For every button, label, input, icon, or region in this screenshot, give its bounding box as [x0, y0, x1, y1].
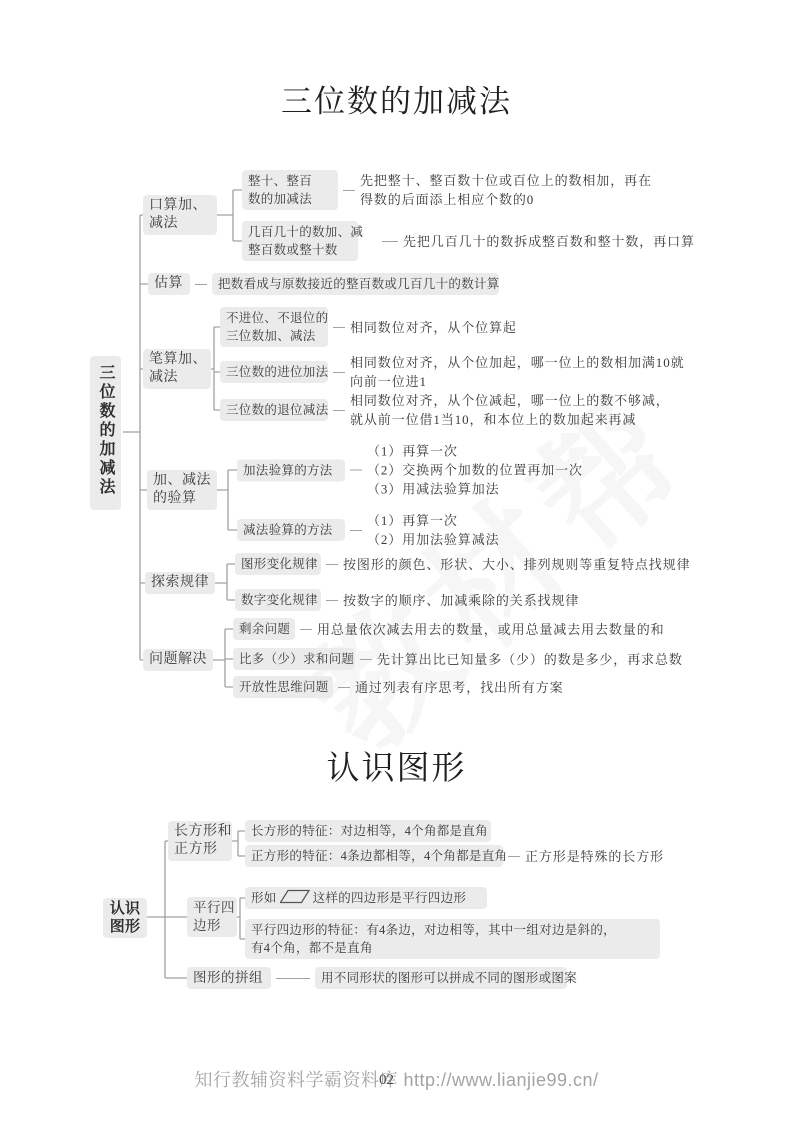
map1-branch-checking: 加、减法 的验算 [147, 470, 217, 510]
desc-line: 按图形的颜色、形状、大小、排列规则等重复特点找规律 [343, 555, 691, 574]
map2-branch-shape-assembly: 图形的拼组 用不同形状的图形可以拼成不同的图形或图案 [187, 967, 567, 989]
map1-child-more-less-problem: 比多（少）求和问题 先计算出比已知量多（少）的数是多少，再求总数 [233, 648, 683, 670]
map2-branch-parallelogram: 平行四 边形 [187, 897, 237, 937]
desc-line: 相同数位对齐，从个位加起，哪一位上的数相加满10就 [350, 353, 685, 372]
connector-dash [350, 530, 362, 531]
map1-branch-written-calc: 笔算加、 减法 [143, 349, 211, 389]
child-node: 三位数的退位减法 [220, 399, 328, 421]
desc-line: 先把整十、整百数十位或百位上的数相加，再在 [360, 171, 652, 190]
child-node: 剩余问题 [233, 618, 295, 640]
map1-child-check-subtraction: 减法验算的方法 （1）再算一次 （2）用加法验算减法 [237, 511, 500, 549]
branch-label-line: 长方形和 [174, 823, 226, 841]
root-label-line: 图形 [109, 918, 141, 936]
branch-label-line: 笔算加、 [149, 351, 205, 369]
map2-root-node: 认识 图形 [103, 898, 147, 938]
desc-line: 就从前一位借1当10，和本位上的数加起来再减 [350, 410, 670, 429]
branch-label-line: 边形 [193, 917, 231, 935]
connector-dash [338, 687, 350, 688]
branch-label-line: 减法 [149, 369, 205, 387]
desc-line: 先把几百几十的数拆成整百数和整十数，再口算 [403, 232, 695, 251]
desc-line: 正方形是特殊的长方形 [525, 847, 664, 866]
branch-label: 图形的拼组 [187, 967, 271, 989]
child-node-line: 有4个角，都不是直角 [251, 939, 654, 957]
connector-dash [333, 327, 345, 328]
page-title-map2: 认识图形 [0, 742, 793, 789]
branch-label-line: 平行四 [193, 899, 231, 917]
map1-child-number-pattern: 数字变化规律 按数字的顺序、加减乘除的关系找规律 [235, 589, 579, 611]
branch-label: 估算 [148, 273, 190, 295]
root-label-line: 认识 [109, 900, 141, 918]
connector-dash [326, 564, 338, 565]
connector-dash [300, 629, 312, 630]
desc-line: （1）再算一次 [367, 511, 500, 530]
connector-dash [333, 372, 345, 373]
child-node: 比多（少）求和问题 [233, 648, 355, 670]
connector-dash [276, 978, 310, 979]
branch-label: 问题解决 [143, 649, 213, 671]
connector-dash [350, 470, 362, 471]
desc-line: 通过列表有序思考，找出所有方案 [355, 678, 564, 697]
map1-branch-estimation: 估算 把数看成与原数接近的整百数或几百几十的数计算 [148, 273, 499, 295]
map1-child-hundreds-tens-add: 几百几十的数加、减 整百数或整十数 先把几百几十的数拆成整百数和整十数，再口算 [242, 221, 695, 261]
map1-child-open-thinking: 开放性思维问题 通过列表有序思考，找出所有方案 [233, 676, 564, 698]
parallelogram-def-post: 这样的四边形是平行四边形 [313, 891, 467, 905]
map1-child-borrow-subtraction: 三位数的退位减法 相同数位对齐，从个位减起，哪一位上的数不够减， 就从前一位借1… [220, 391, 670, 429]
page-number: 02 [379, 1072, 394, 1089]
map2-child-parallelogram-def: 形如这样的四边形是平行四边形 [245, 887, 487, 909]
desc-line: （2）交换两个加数的位置再加一次 [367, 461, 583, 480]
connector-dash [333, 410, 345, 411]
map1-child-remainder-problem: 剩余问题 用总量依次减去用去的数量，或用总量减去用去数量的和 [233, 618, 665, 640]
estimation-desc-box: 把数看成与原数接近的整百数或几百几十的数计算 [212, 273, 499, 295]
connector-dash [360, 659, 372, 660]
branch-label: 探索规律 [145, 572, 215, 594]
desc-line: （3）用减法验算加法 [367, 480, 583, 499]
parallelogram-def-pre: 形如 [251, 891, 277, 905]
branch-label-line: 加、减法 [153, 472, 211, 490]
desc-line: （1）再算一次 [367, 442, 583, 461]
child-node-line: 整十、整百 [248, 172, 332, 190]
child-node: 加法验算的方法 [237, 459, 345, 481]
assembly-desc-box: 用不同形状的图形可以拼成不同的图形或图案 [315, 967, 567, 989]
desc-line: （2）用加法验算减法 [367, 530, 500, 549]
child-node: 长方形的特征：对边相等，4个角都是直角 [245, 820, 491, 842]
desc-line: 先计算出比已知量多（少）的数是多少，再求总数 [377, 650, 683, 669]
branch-label-line: 口算加、 [149, 197, 211, 215]
map2-child-square-features: 正方形的特征：4条边都相等，4个角都是直角 正方形是特殊的长方形 [245, 845, 664, 867]
desc-line: 相同数位对齐，从个位算起 [350, 318, 517, 337]
map1-child-tens-hundreds: 整十、整百 数的加减法 先把整十、整百数十位或百位上的数相加，再在 得数的后面添… [242, 170, 652, 210]
map2-branch-rect-square: 长方形和 正方形 [168, 821, 232, 861]
child-node-line: 三位数加、减法 [226, 327, 322, 345]
desc-line: 用总量依次减去用去的数量，或用总量减去用去数量的和 [317, 620, 665, 639]
child-node: 图形变化规律 [235, 553, 321, 575]
map1-branch-oral-calc: 口算加、 减法 [143, 195, 217, 235]
map1-child-check-addition: 加法验算的方法 （1）再算一次 （2）交换两个加数的位置再加一次 （3）用减法验… [237, 442, 583, 499]
footer-text: 知行教辅资料学霸资料库 http://www.lianjie99.cn/ [0, 1066, 793, 1092]
connector-dash [343, 190, 355, 191]
worksheet-page: { "page": { "title1": "三位数的加减法", "title2… [0, 0, 793, 1122]
map1-child-carry-addition: 三位数的进位加法 相同数位对齐，从个位加起，哪一位上的数相加满10就 向前一位进… [220, 353, 685, 391]
map1-branch-patterns: 探索规律 [145, 572, 215, 594]
map1-branch-problem-solving: 问题解决 [143, 649, 213, 671]
child-node-line: 不进位、不退位的 [226, 309, 322, 327]
parallelogram-icon [280, 889, 310, 904]
child-node-line: 几百几十的数加、减 [248, 223, 352, 241]
connector-dash [195, 284, 207, 285]
child-node: 减法验算的方法 [237, 519, 345, 541]
child-node-line: 整百数或整十数 [248, 241, 352, 259]
branch-label-line: 的验算 [153, 490, 211, 508]
page-title-map1: 三位数的加减法 [0, 76, 793, 121]
map2-child-parallelogram-features: 平行四边形的特征：有4条边，对边相等，其中一组对边是斜的， 有4个角，都不是直角 [245, 919, 660, 959]
branch-label-line: 正方形 [174, 841, 226, 859]
desc-line: 按数字的顺序、加减乘除的关系找规律 [343, 591, 579, 610]
map1-child-shape-pattern: 图形变化规律 按图形的颜色、形状、大小、排列规则等重复特点找规律 [235, 553, 691, 575]
desc-line: 得数的后面添上相应个数的0 [360, 190, 652, 209]
connector-dash [326, 600, 338, 601]
child-node: 数字变化规律 [235, 589, 321, 611]
connector-dash [508, 856, 520, 857]
map1-child-no-carry: 不进位、不退位的 三位数加、减法 相同数位对齐，从个位算起 [220, 307, 517, 347]
desc-line: 向前一位进1 [350, 372, 685, 391]
child-node: 开放性思维问题 [233, 676, 333, 698]
branch-label-line: 减法 [149, 215, 211, 233]
connector-dash [382, 241, 398, 242]
map2-child-rect-features: 长方形的特征：对边相等，4个角都是直角 [245, 820, 491, 842]
child-node-line: 数的加减法 [248, 190, 332, 208]
map1-root-node: 三位数的加减法 [90, 356, 121, 510]
desc-line: 相同数位对齐，从个位减起，哪一位上的数不够减， [350, 391, 670, 410]
child-node: 三位数的进位加法 [220, 361, 328, 383]
child-node-line: 平行四边形的特征：有4条边，对边相等，其中一组对边是斜的， [251, 921, 654, 939]
child-node: 正方形的特征：4条边都相等，4个角都是直角 [245, 845, 503, 867]
